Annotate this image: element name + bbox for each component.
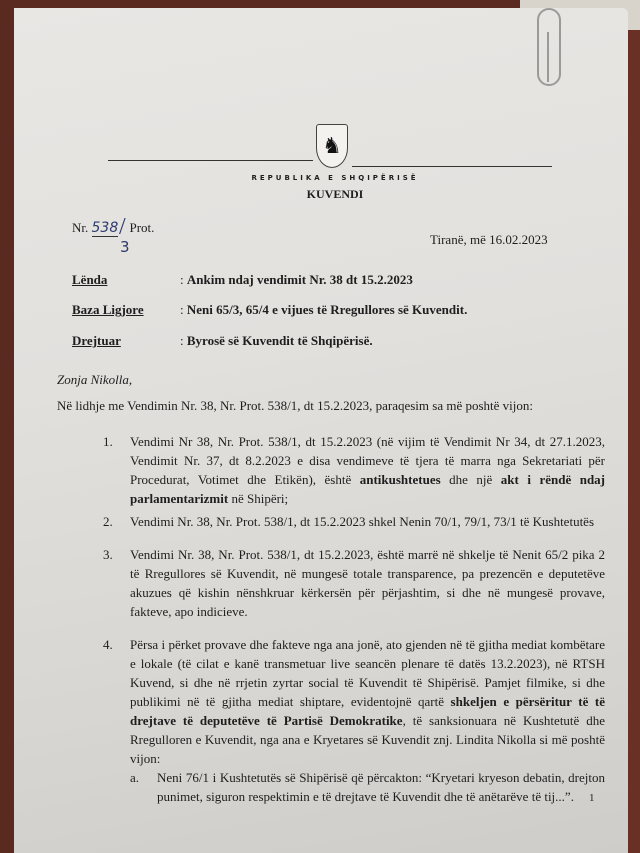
header-rule-right bbox=[352, 166, 552, 167]
albanian-eagle-emblem-icon: ♞ bbox=[316, 124, 348, 168]
protocol-slash: / bbox=[119, 214, 126, 241]
list-item-number: 3. bbox=[103, 545, 113, 564]
list-item-number: 4. bbox=[103, 635, 113, 654]
protocol-number: Nr. 538 / Prot. 3 bbox=[72, 220, 154, 236]
field-value: Byrosë së Kuvendit të Shqipërisë. bbox=[187, 333, 373, 348]
intro-paragraph: Në lidhje me Vendimin Nr. 38, Nr. Prot. … bbox=[57, 398, 533, 414]
republic-heading: REPUBLIKA E SHQIPËRISË bbox=[0, 174, 640, 182]
salutation: Zonja Nikolla, bbox=[57, 372, 132, 388]
protocol-suffix: Prot. bbox=[129, 220, 154, 235]
list-item: 4.Përsa i përket provave dhe fakteve nga… bbox=[103, 635, 605, 806]
list-item: 3.Vendimi Nr. 38, Nr. Prot. 538/1, dt 15… bbox=[103, 545, 605, 621]
list-item-number: 2. bbox=[103, 512, 113, 531]
list-item-text: në Shipëri; bbox=[228, 491, 288, 506]
header-rule-left bbox=[108, 160, 313, 161]
protocol-handwritten-sub: 3 bbox=[120, 238, 130, 256]
list-item: 1.Vendimi Nr 38, Nr. Prot. 538/1, dt 15.… bbox=[103, 432, 605, 508]
document-date: Tiranë, më 16.02.2023 bbox=[430, 232, 548, 248]
protocol-prefix: Nr. bbox=[72, 220, 88, 235]
field-value: Neni 65/3, 65/4 e vijues të Rregullores … bbox=[187, 302, 467, 317]
field-legal-basis: Baza Ligjore: Neni 65/3, 65/4 e vijues t… bbox=[72, 302, 467, 318]
list-item: 2.Vendimi Nr. 38, Nr. Prot. 538/1, dt 15… bbox=[103, 512, 605, 531]
list-item-text: Vendimi Nr. 38, Nr. Prot. 538/1, dt 15.2… bbox=[130, 547, 605, 619]
list-item-text: dhe një bbox=[441, 472, 501, 487]
paperclip-icon bbox=[537, 8, 561, 86]
sub-list-item-letter: a. bbox=[130, 768, 139, 787]
field-value: Ankim ndaj vendimit Nr. 38 dt 15.2.2023 bbox=[187, 272, 413, 287]
page-number: 1 bbox=[589, 792, 595, 804]
field-label: Drejtuar bbox=[72, 333, 180, 349]
field-label: Lënda bbox=[72, 272, 180, 288]
sub-list-item-text: Neni 76/1 i Kushtetutës së Shipërisë që … bbox=[157, 770, 605, 804]
list-item-text: Vendimi Nr. 38, Nr. Prot. 538/1, dt 15.2… bbox=[130, 514, 594, 529]
field-label: Baza Ligjore bbox=[72, 302, 180, 318]
emphasis-text: antikushtetues bbox=[360, 472, 441, 487]
institution-heading: KUVENDI bbox=[0, 187, 640, 202]
protocol-handwritten-number: 538 bbox=[92, 220, 119, 237]
list-item-number: 1. bbox=[103, 432, 113, 451]
sub-list-item: a.Neni 76/1 i Kushtetutës së Shipërisë q… bbox=[130, 768, 605, 806]
numbered-list: 1.Vendimi Nr 38, Nr. Prot. 538/1, dt 15.… bbox=[103, 432, 605, 806]
field-addressed-to: Drejtuar: Byrosë së Kuvendit të Shqipëri… bbox=[72, 333, 373, 349]
field-subject: Lënda: Ankim ndaj vendimit Nr. 38 dt 15.… bbox=[72, 272, 413, 288]
